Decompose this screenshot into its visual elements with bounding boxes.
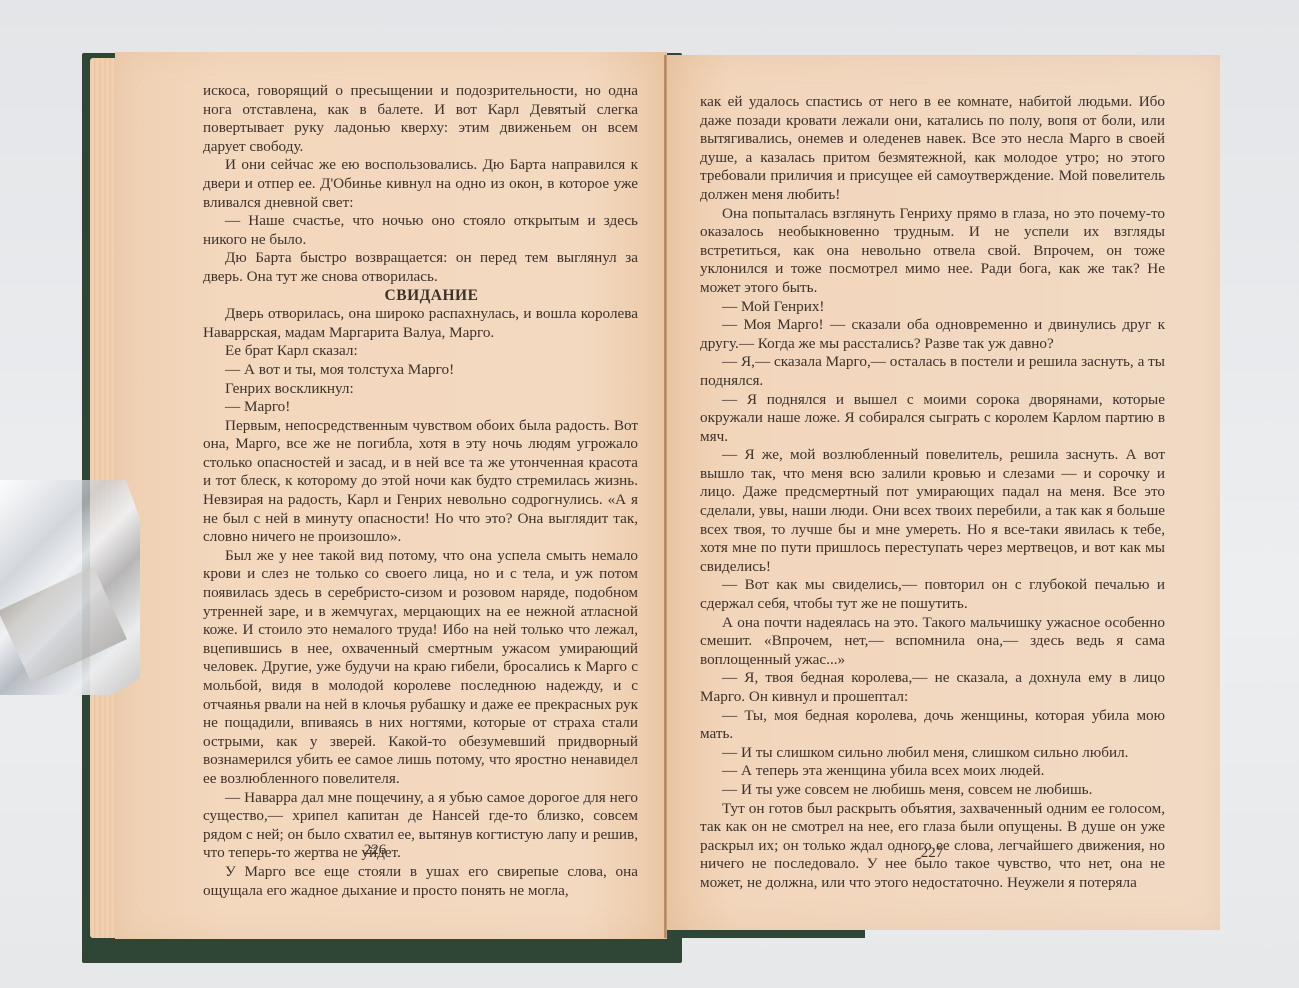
paragraph: — И ты слишком сильно любил меня, слишко… [700, 744, 1165, 763]
paragraph: — Мой Генрих! [700, 298, 1165, 317]
paragraph: искоса, говорящий о пресыщении и подозри… [203, 82, 638, 156]
book-cover-edge [665, 930, 865, 938]
chapter-heading: СВИДАНИЕ [203, 287, 638, 306]
paragraph: — И ты уже совсем не любишь меня, совсем… [700, 781, 1165, 800]
paragraph: — А теперь эта женщина убила всех моих л… [700, 762, 1165, 781]
left-page-text: искоса, говорящий о пресыщении и подозри… [203, 82, 638, 900]
paragraph: Был же у нее такой вид потому, что она у… [203, 547, 638, 789]
paragraph: Ее брат Карл сказал: [203, 342, 638, 361]
right-page: как ей удалось спастись от него в ее ком… [667, 55, 1220, 930]
paragraph: — А вот и ты, моя толстуха Марго! [203, 361, 638, 380]
paragraph: Генрих воскликнул: [203, 380, 638, 399]
paragraph: — Я, твоя бедная королева,— не сказала, … [700, 669, 1165, 706]
paragraph: — Я,— сказала Марго,— осталась в постели… [700, 353, 1165, 390]
left-page: искоса, говорящий о пресыщении и подозри… [115, 52, 667, 939]
paragraph: Дверь отворилась, она широко распахнулас… [203, 305, 638, 342]
open-book: искоса, говорящий о пресыщении и подозри… [0, 0, 1299, 988]
paragraph: Дю Барта быстро возвращается: он перед т… [203, 249, 638, 286]
paragraph: Первым, непосредственным чувством обоих … [203, 417, 638, 547]
paragraph: — Я же, мой возлюбленный повелитель, реш… [700, 446, 1165, 576]
page-number-left: 226 [345, 842, 405, 859]
paragraph: И они сейчас же ею воспользовались. Дю Б… [203, 156, 638, 212]
paragraph: А она почти надеялась на это. Такого мал… [700, 614, 1165, 670]
page-number-right: 227 [902, 845, 962, 862]
paragraph: — Марго! [203, 398, 638, 417]
paragraph: — Наварра дал мне пощечину, а я убью сам… [203, 789, 638, 863]
paragraph: — Наше счастье, что ночью оно стояло отк… [203, 212, 638, 249]
paragraph: как ей удалось спастись от него в ее ком… [700, 93, 1165, 205]
paragraph: Она попыталась взглянуть Генриху прямо в… [700, 205, 1165, 298]
paragraph: — Моя Марго! — сказали оба одновременно … [700, 316, 1165, 353]
paragraph: У Марго все еще стояли в ушах его свиреп… [203, 863, 638, 900]
paragraph: — Вот как мы свиделись,— повторил он с г… [700, 576, 1165, 613]
paragraph: — Ты, моя бедная королева, дочь женщины,… [700, 707, 1165, 744]
paragraph: — Я поднялся и вышел с моими сорока двор… [700, 391, 1165, 447]
right-page-text: как ей удалось спастись от него в ее ком… [700, 93, 1165, 893]
